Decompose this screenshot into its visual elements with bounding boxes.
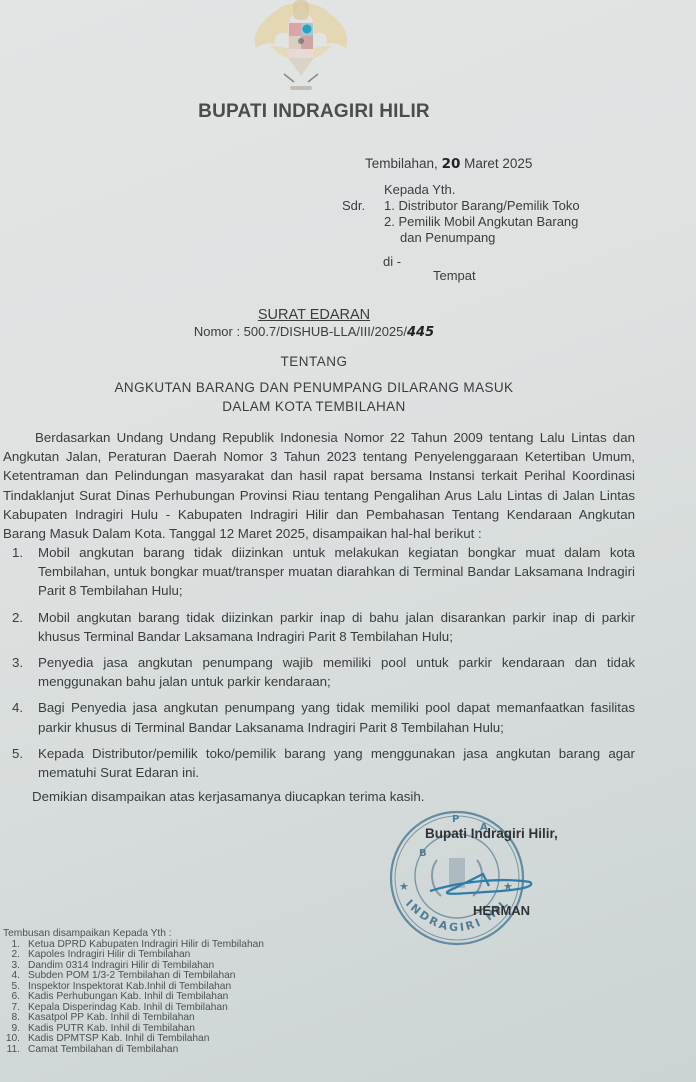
recipient-di: di - [383, 254, 401, 269]
cc-item-text: Camat Tembilahan di Tembilahan [28, 1045, 178, 1056]
list-item-text: Bagi Penyedia jasa angkutan penumpang ya… [38, 698, 635, 736]
svg-text:P: P [452, 814, 459, 825]
signatory-title: Bupati Indragiri Hilir, [425, 826, 558, 841]
cc-item-number: 10. [3, 1034, 28, 1045]
recipient-item: 1. Distributor Barang/Pemilik Toko [384, 198, 580, 214]
recipient-item-cont: dan Penumpang [342, 230, 580, 246]
cc-item-number: 11. [3, 1045, 28, 1056]
recipient-greeting: Kepada Yth. [342, 182, 580, 198]
letter-date: Tembilahan, 20 Maret 2025 [365, 156, 532, 172]
cc-item-number: 2. [3, 950, 28, 961]
subject-line: DALAM KOTA TEMBILAHAN [0, 397, 628, 416]
date-month-year: Maret 2025 [464, 156, 532, 171]
list-item-number: 3. [12, 653, 38, 691]
garuda-emblem-icon [250, 0, 352, 96]
subject-line: ANGKUTAN BARANG DAN PENUMPANG DILARANG M… [0, 378, 628, 397]
list-item: 1.Mobil angkutan barang tidak diizinkan … [12, 543, 635, 601]
cc-item-text: Subden POM 1/3-2 Tembilahan di Tembilaha… [28, 971, 235, 982]
letter-subject: ANGKUTAN BARANG DAN PENUMPANG DILARANG M… [0, 378, 628, 416]
cc-item: 2.Kapoles Indragiri Hilir di Tembilahan [3, 950, 264, 961]
recipient-item: 2. Pemilik Mobil Angkutan Barang [342, 214, 580, 230]
svg-text:B: B [419, 848, 427, 859]
letter-number: Nomor : 500.7/DISHUB-LLA/III/2025/445 [0, 324, 628, 340]
letter-type: SURAT EDARAN [0, 307, 628, 323]
list-item-number: 1. [12, 543, 38, 601]
date-day: 20 [442, 156, 461, 172]
closing-sentence: Demikian disampaikan atas kerjasamanya d… [32, 789, 424, 804]
cc-list: 1.Ketua DPRD Kabupaten Indragiri Hilir d… [3, 940, 264, 1056]
cc-item-text: Kadis DPMTSP Kab. Inhil di Tembilahan [28, 1034, 209, 1045]
list-item-number: 5. [12, 744, 38, 782]
cc-item: 11.Camat Tembilahan di Tembilahan [3, 1045, 264, 1056]
cc-item-number: 8. [3, 1013, 28, 1024]
recipient-block: Kepada Yth. Sdr. 1. Distributor Barang/P… [342, 182, 580, 246]
letter-number-handwritten: 445 [407, 325, 434, 340]
list-item: 2.Mobil angkutan barang tidak diizinkan … [12, 608, 635, 646]
list-item: 5.Kepada Distributor/pemilik toko/pemili… [12, 744, 635, 782]
cc-heading: Tembusan disampaikan Kepada Yth : [3, 929, 264, 940]
letterhead-title: BUPATI INDRAGIRI HILIR [0, 101, 628, 123]
cc-item-text: Kasatpol PP Kab. Inhil di Tembilahan [28, 1013, 195, 1024]
cc-item: 10.Kadis DPMTSP Kab. Inhil di Tembilahan [3, 1034, 264, 1045]
cc-item: 8.Kasatpol PP Kab. Inhil di Tembilahan [3, 1013, 264, 1024]
signatory-name: HERMAN [473, 903, 530, 918]
cc-item-text: Kadis Perhubungan Kab. Inhil di Tembilah… [28, 992, 228, 1003]
letter-number-prefix: Nomor : 500.7/DISHUB-LLA/III/2025/ [194, 324, 407, 339]
list-item-text: Kepada Distributor/pemilik toko/pemilik … [38, 744, 635, 782]
recipient-place: Tempat [433, 268, 476, 283]
intro-paragraph: Berdasarkan Undang Undang Republik Indon… [3, 428, 635, 543]
tentang-label: TENTANG [0, 354, 628, 369]
list-item-text: Mobil angkutan barang tidak diizinkan un… [38, 543, 635, 601]
date-place: Tembilahan, [365, 156, 438, 171]
svg-text:★: ★ [399, 881, 409, 893]
cc-block: Tembusan disampaikan Kepada Yth : 1.Ketu… [3, 929, 264, 1055]
points-list: 1.Mobil angkutan barang tidak diizinkan … [12, 543, 635, 789]
cc-item: 6.Kadis Perhubungan Kab. Inhil di Tembil… [3, 992, 264, 1003]
list-item-number: 2. [12, 608, 38, 646]
cc-item: 4.Subden POM 1/3-2 Tembilahan di Tembila… [3, 971, 264, 982]
cc-item-number: 6. [3, 992, 28, 1003]
list-item-text: Mobil angkutan barang tidak diizinkan pa… [38, 608, 635, 646]
list-item-number: 4. [12, 698, 38, 736]
cc-item-text: Kapoles Indragiri Hilir di Tembilahan [28, 950, 190, 961]
letter-heading: SURAT EDARAN Nomor : 500.7/DISHUB-LLA/II… [0, 307, 628, 416]
list-item-text: Penyedia jasa angkutan penumpang wajib m… [38, 653, 635, 691]
recipient-label: Sdr. [342, 198, 384, 214]
list-item: 3.Penyedia jasa angkutan penumpang wajib… [12, 653, 635, 691]
cc-item-number: 4. [3, 971, 28, 982]
list-item: 4.Bagi Penyedia jasa angkutan penumpang … [12, 698, 635, 736]
